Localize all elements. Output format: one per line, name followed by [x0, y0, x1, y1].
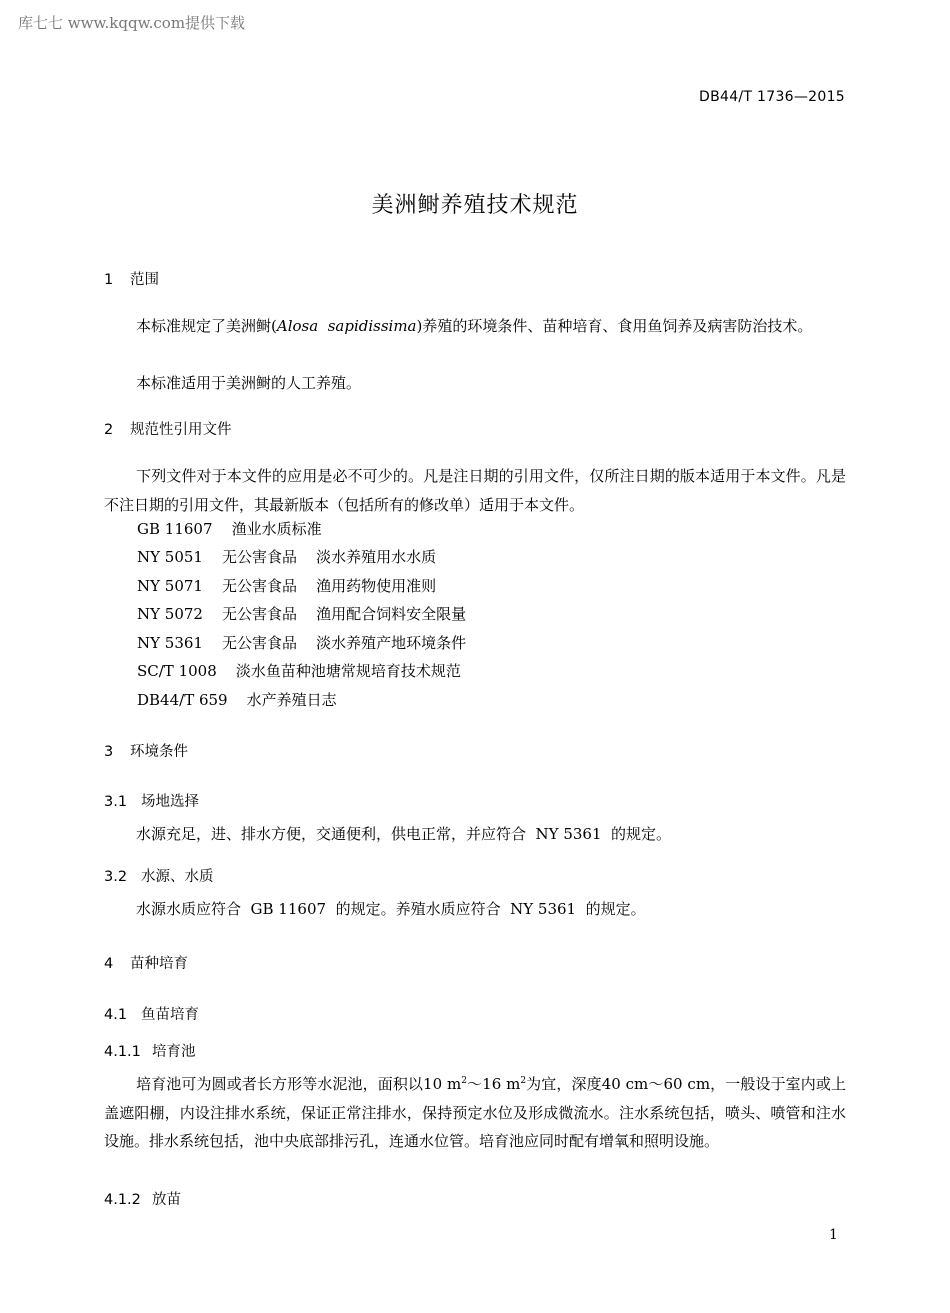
reference-item: NY 5051 无公害食品 淡水养殖用水水质: [137, 546, 436, 567]
reference-item: NY 5071 无公害食品 渔用药物使用准则: [137, 575, 436, 596]
text: 本标准适用于美洲鲥的人工养殖。: [136, 374, 361, 392]
text: 下列文件对于本文件的应用是必不可少的。凡是注日期的引用文件，仅所注日期的版本适用…: [104, 467, 846, 514]
document-number: DB44/T 1736—2015: [699, 89, 845, 105]
scope-paragraph-2: 本标准适用于美洲鲥的人工养殖。: [104, 369, 846, 398]
reference-item: DB44/T 659 水产养殖日志: [137, 689, 337, 710]
section-4-1-2-heading: 4.1.2放苗: [104, 1188, 181, 1209]
section-title: 苗种培育: [130, 956, 188, 972]
section-title: 范围: [130, 272, 159, 288]
water-quality-paragraph: 水源水质应符合 GB 11607 的规定。养殖水质应符合 NY 5361 的规定…: [104, 895, 846, 924]
section-4-heading: 4苗种培育: [104, 952, 188, 973]
reference-item: SC/T 1008 淡水鱼苗种池塘常规培育技术规范: [137, 660, 461, 681]
document-title: 美洲鲥养殖技术规范: [0, 188, 950, 219]
section-2-heading: 2规范性引用文件: [104, 418, 232, 439]
species-name: Alosa sapidissima: [277, 317, 417, 335]
section-3-1-heading: 3.1场地选择: [104, 790, 199, 811]
text: 培育池可为圆或者长方形等水泥池，面积以10 m: [136, 1075, 461, 1093]
text: 水源水质应符合 GB 11607 的规定。养殖水质应符合 NY 5361 的规定…: [136, 900, 646, 918]
section-4-1-heading: 4.1鱼苗培育: [104, 1003, 199, 1024]
section-3-heading: 3环境条件: [104, 740, 188, 761]
section-number: 4.1.1: [104, 1044, 152, 1060]
text: ～16 m: [467, 1075, 520, 1093]
section-title: 环境条件: [130, 744, 188, 760]
text: )养殖的环境条件、苗种培育、食用鱼饲养及病害防治技术。: [417, 317, 813, 335]
section-number: 2: [104, 422, 130, 438]
section-title: 放苗: [152, 1192, 181, 1208]
section-number: 4: [104, 956, 130, 972]
reference-item: NY 5072 无公害食品 渔用配合饲料安全限量: [137, 603, 466, 624]
section-number: 3: [104, 744, 130, 760]
section-number: 4.1: [104, 1007, 141, 1023]
section-title: 培育池: [152, 1044, 196, 1060]
section-4-1-1-heading: 4.1.1培育池: [104, 1040, 196, 1061]
section-title: 鱼苗培育: [141, 1007, 199, 1023]
section-title: 场地选择: [141, 794, 199, 810]
section-number: 3.1: [104, 794, 141, 810]
reference-item: NY 5361 无公害食品 淡水养殖产地环境条件: [137, 632, 466, 653]
reference-item: GB 11607 渔业水质标准: [137, 518, 322, 539]
section-number: 3.2: [104, 869, 141, 885]
section-3-2-heading: 3.2水源、水质: [104, 865, 214, 886]
section-1-heading: 1范围: [104, 268, 159, 289]
site-selection-paragraph: 水源充足，进、排水方便，交通便利，供电正常，并应符合 NY 5361 的规定。: [104, 820, 846, 849]
section-title: 规范性引用文件: [130, 422, 232, 438]
section-number: 1: [104, 272, 130, 288]
section-title: 水源、水质: [141, 869, 214, 885]
text: 本标准规定了美洲鲥(: [136, 317, 277, 335]
references-intro-paragraph: 下列文件对于本文件的应用是必不可少的。凡是注日期的引用文件，仅所注日期的版本适用…: [104, 462, 846, 519]
watermark: 库七七 www.kqqw.com提供下载: [18, 12, 245, 33]
section-number: 4.1.2: [104, 1192, 152, 1208]
text: 水源充足，进、排水方便，交通便利，供电正常，并应符合 NY 5361 的规定。: [136, 825, 671, 843]
page-number: 1: [829, 1227, 838, 1243]
nursery-pond-paragraph: 培育池可为圆或者长方形等水泥池，面积以10 m2～16 m2为宜，深度40 cm…: [104, 1070, 846, 1156]
scope-paragraph-1: 本标准规定了美洲鲥(Alosa sapidissima)养殖的环境条件、苗种培育…: [104, 312, 846, 341]
